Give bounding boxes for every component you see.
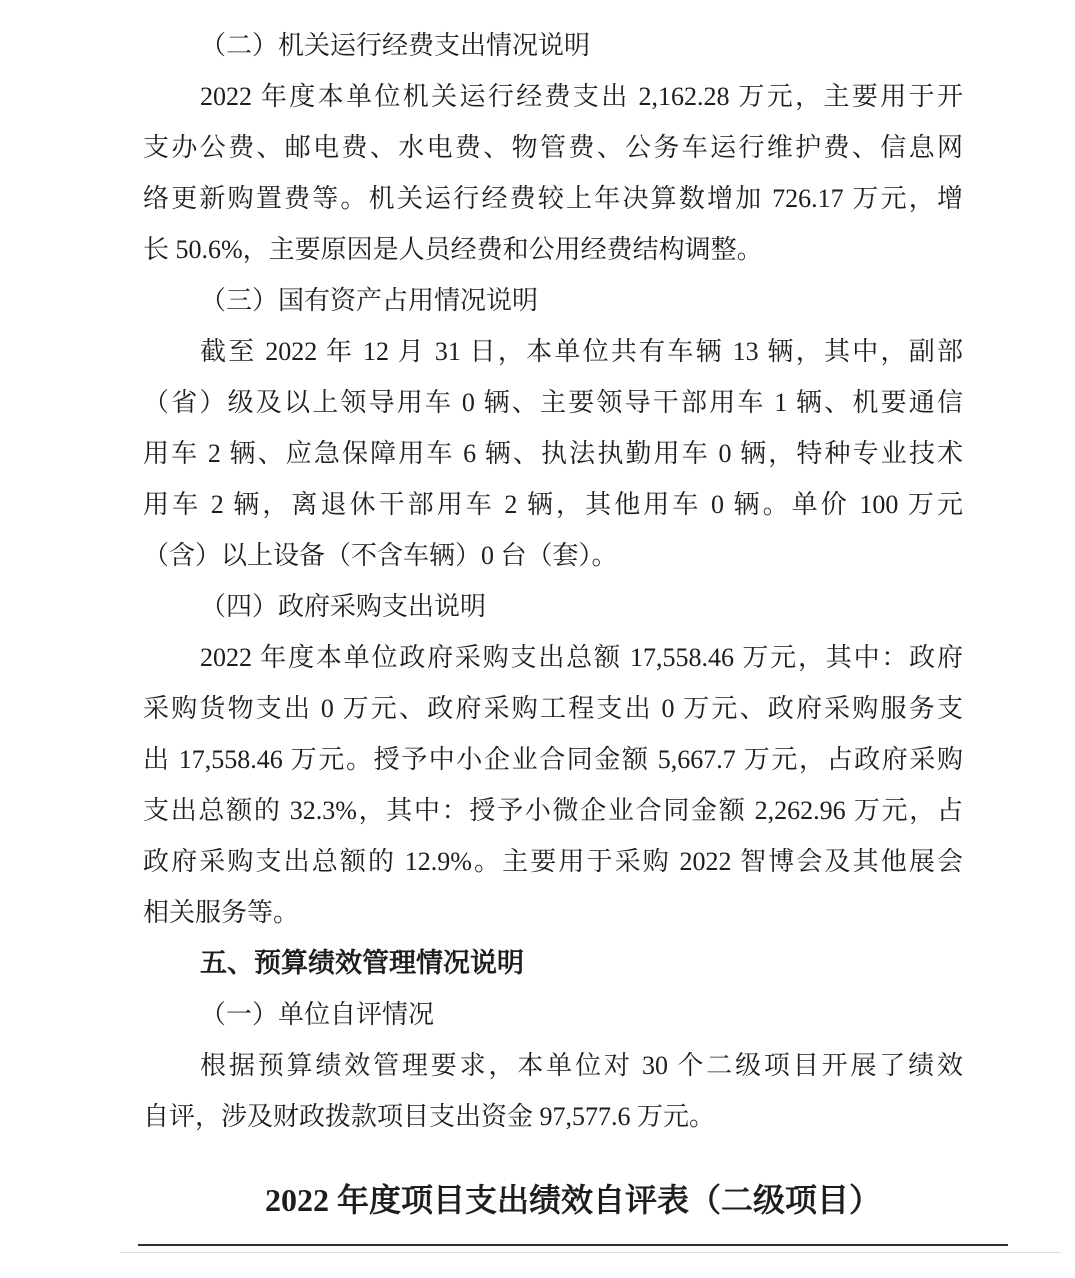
table-title: 2022 年度项目支出绩效自评表（二级项目） xyxy=(138,1176,1008,1224)
heading-agency-operating-expense: （二）机关运行经费支出情况说明 xyxy=(143,20,963,71)
para-government-procurement-line-6: 相关服务等。 xyxy=(143,887,963,938)
para-state-owned-assets-line-4: 用车 2 辆，离退休干部用车 2 辆，其他用车 0 辆。单价 100 万元 xyxy=(143,479,963,530)
para-agency-operating-expense-line-2: 支办公费、邮电费、水电费、物管费、公务车运行维护费、信息网 xyxy=(143,122,963,173)
table-top-border-line xyxy=(138,1244,1008,1246)
para-state-owned-assets-line-3: 用车 2 辆、应急保障用车 6 辆、执法执勤用车 0 辆，特种专业技术 xyxy=(143,428,963,479)
para-government-procurement-line-1: 2022 年度本单位政府采购支出总额 17,558.46 万元，其中：政府 xyxy=(143,632,963,683)
document-body: （二）机关运行经费支出情况说明 2022 年度本单位机关运行经费支出 2,162… xyxy=(143,20,963,1142)
heading-unit-self-evaluation: （一）单位自评情况 xyxy=(143,989,963,1040)
para-government-procurement-line-3: 出 17,558.46 万元。授予中小企业合同金额 5,667.7 万元，占政府… xyxy=(143,734,963,785)
table-inner-border-line xyxy=(120,1252,1061,1253)
para-unit-self-evaluation-line-1: 根据预算绩效管理要求，本单位对 30 个二级项目开展了绩效 xyxy=(143,1040,963,1091)
para-agency-operating-expense-line-3: 络更新购置费等。机关运行经费较上年决算数增加 726.17 万元，增 xyxy=(143,173,963,224)
para-state-owned-assets-line-5: （含）以上设备（不含车辆）0 台（套）。 xyxy=(143,530,963,581)
para-unit-self-evaluation-line-2: 自评，涉及财政拨款项目支出资金 97,577.6 万元。 xyxy=(143,1091,963,1142)
document-page: （二）机关运行经费支出情况说明 2022 年度本单位机关运行经费支出 2,162… xyxy=(0,0,1075,1278)
heading-government-procurement: （四）政府采购支出说明 xyxy=(143,581,963,632)
para-government-procurement-line-5: 政府采购支出总额的 12.9%。主要用于采购 2022 智博会及其他展会 xyxy=(143,836,963,887)
para-government-procurement-line-4: 支出总额的 32.3%，其中：授予小微企业合同金额 2,262.96 万元，占 xyxy=(143,785,963,836)
heading-state-owned-assets: （三）国有资产占用情况说明 xyxy=(143,275,963,326)
para-agency-operating-expense-line-4: 长 50.6%，主要原因是人员经费和公用经费结构调整。 xyxy=(143,224,963,275)
para-state-owned-assets-line-1: 截至 2022 年 12 月 31 日，本单位共有车辆 13 辆，其中，副部 xyxy=(143,326,963,377)
para-state-owned-assets-line-2: （省）级及以上领导用车 0 辆、主要领导干部用车 1 辆、机要通信 xyxy=(143,377,963,428)
heading-budget-performance: 五、预算绩效管理情况说明 xyxy=(143,938,963,989)
para-government-procurement-line-2: 采购货物支出 0 万元、政府采购工程支出 0 万元、政府采购服务支 xyxy=(143,683,963,734)
para-agency-operating-expense-line-1: 2022 年度本单位机关运行经费支出 2,162.28 万元，主要用于开 xyxy=(143,71,963,122)
